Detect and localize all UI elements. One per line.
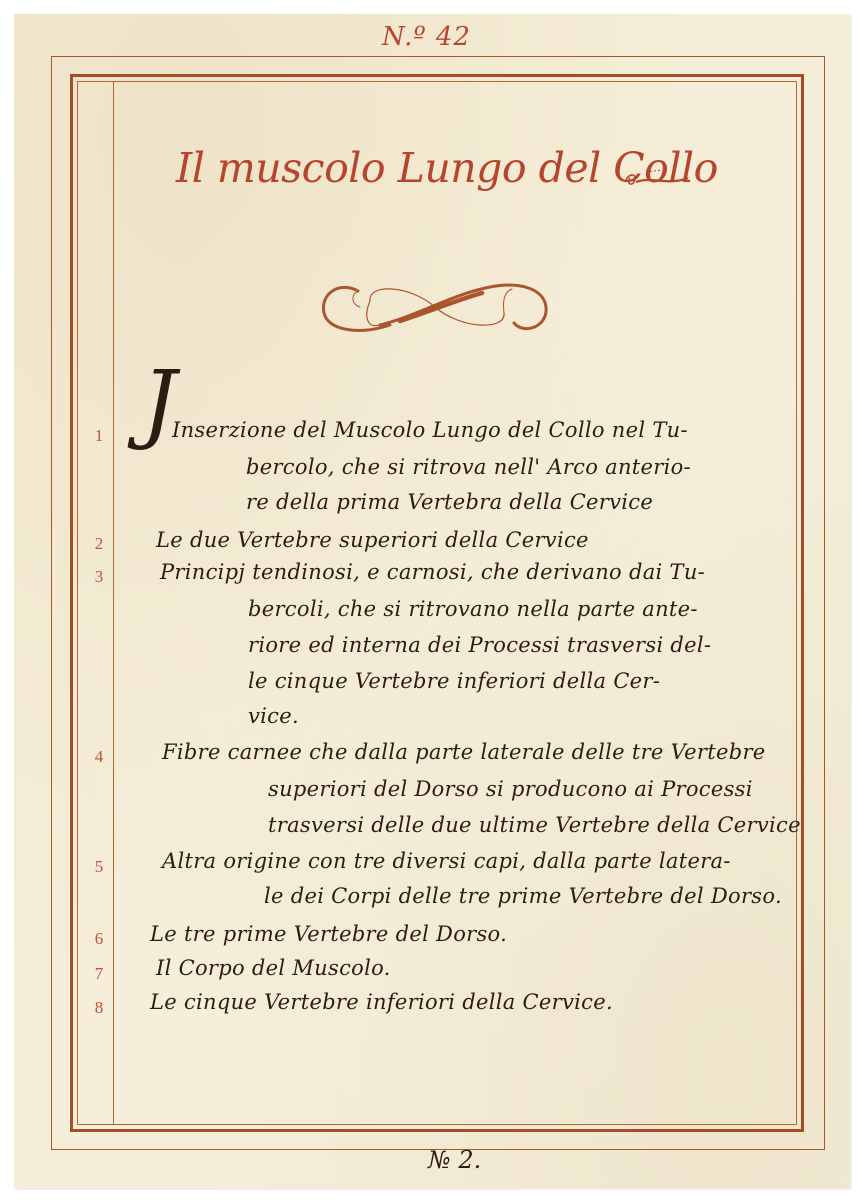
footer-page-number: № 2. [428, 1146, 481, 1174]
entry-1-line-3: re della prima Vertebra della Cervice [246, 490, 653, 514]
entry-3-line-3: riore ed interna dei Processi trasversi … [248, 633, 711, 657]
entry-6-line-1: Le tre prime Vertebre del Dorso. [150, 922, 507, 946]
entry-3-line-4: le cinque Vertebre inferiori della Cer- [248, 669, 660, 693]
entry-4-line-1: Fibre carnee che dalla parte laterale de… [162, 740, 766, 764]
entry-number-1: 1 [88, 426, 110, 446]
entry-number-2: 2 [88, 534, 110, 554]
entry-5-line-1: Altra origine con tre diversi capi, dall… [162, 849, 731, 873]
entry-8-line-1: Le cinque Vertebre inferiori della Cervi… [150, 990, 613, 1014]
entry-number-8: 8 [88, 998, 110, 1018]
entry-3-line-1: Principj tendinosi, e carnosi, che deriv… [160, 560, 705, 584]
margin-column-rule [113, 81, 114, 1125]
plate-number: N.º 42 [382, 22, 522, 52]
page-title: Il muscolo Lungo del Collo [176, 138, 696, 198]
entry-number-6: 6 [88, 929, 110, 949]
entry-1-line-2: bercolo, che si ritrova nell' Arco anter… [246, 455, 691, 479]
infinity-scroll-ornament-icon [310, 275, 560, 339]
entry-number-5: 5 [88, 857, 110, 877]
title-flourish-icon [622, 166, 692, 190]
entry-4-line-3: trasversi delle due ultime Vertebre dell… [268, 813, 801, 837]
entry-number-4: 4 [88, 747, 110, 767]
entry-4-line-2: superiori del Dorso si producono ai Proc… [268, 777, 753, 801]
entry-number-7: 7 [88, 964, 110, 984]
entry-3-line-5: vice. [248, 704, 299, 728]
entry-1-line-1: Inserzione del Muscolo Lungo del Collo n… [172, 418, 688, 442]
entry-number-3: 3 [88, 567, 110, 587]
entry-7-line-1: Il Corpo del Muscolo. [156, 956, 391, 980]
entry-5-line-2: le dei Corpi delle tre prime Vertebre de… [264, 884, 782, 908]
entry-2-line-1: Le due Vertebre superiori della Cervice [156, 528, 589, 552]
entry-3-line-2: bercoli, che si ritrovano nella parte an… [248, 597, 698, 621]
